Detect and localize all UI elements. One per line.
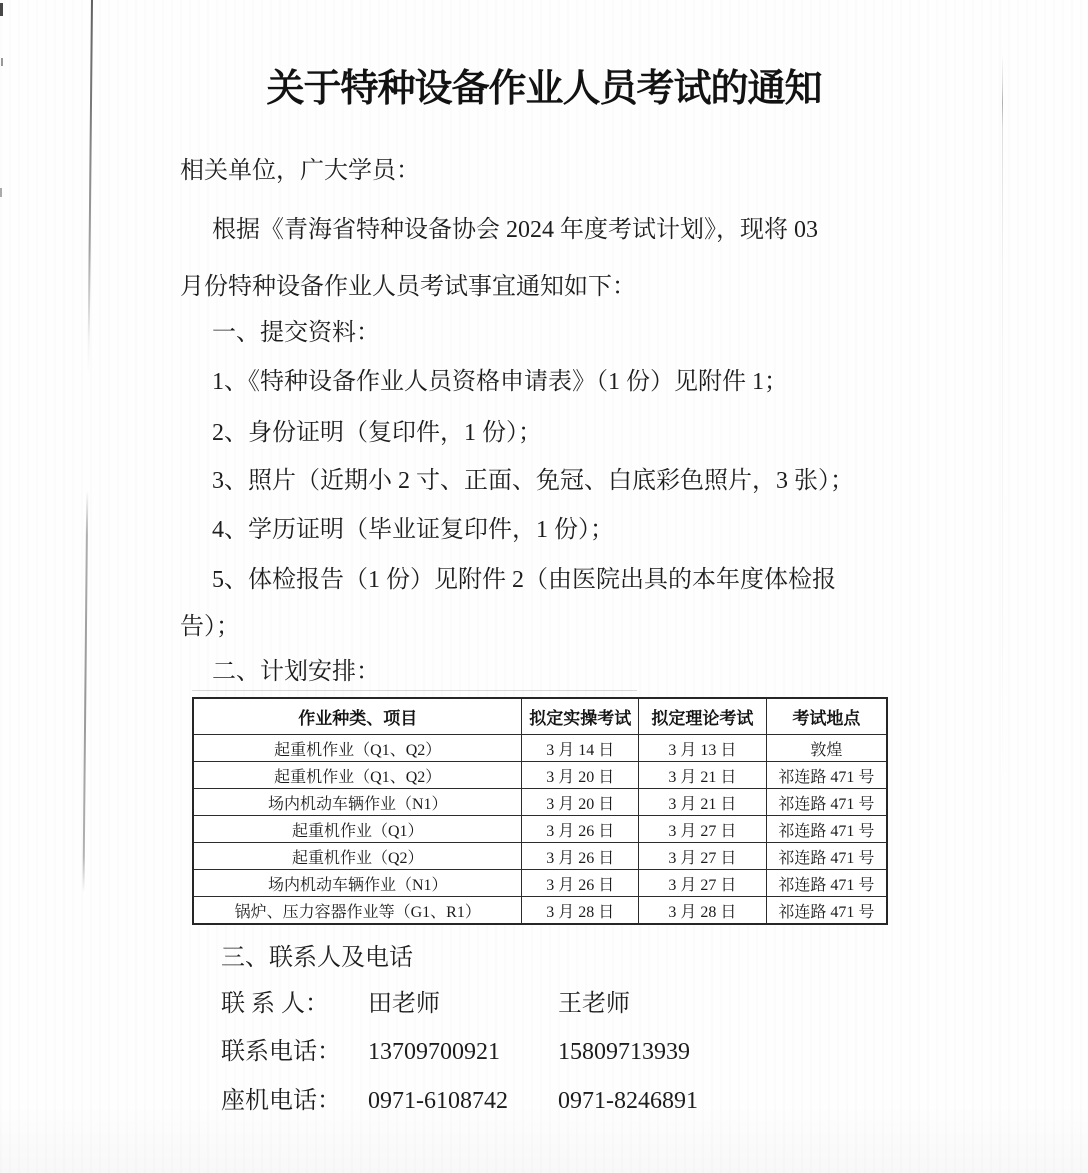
contact-mobile-label: 联系电话：	[221, 1031, 368, 1066]
table-cell: 3 月 27 日	[639, 843, 767, 870]
contact-landline-label: 座机电话：	[221, 1080, 368, 1115]
list-item-3: 3、照片（近期小 2 寸、正面、免冠、白底彩色照片，3 张）；	[212, 460, 854, 495]
intro-line-1: 根据《青海省特种设备协会 2024 年度考试计划》，现将 03	[212, 209, 818, 244]
table-cell: 祁连路 471 号	[766, 870, 887, 897]
table-cell: 3 月 20 日	[522, 789, 639, 816]
table-cell: 起重机作业（Q2）	[193, 843, 522, 870]
table-cell: 3 月 28 日	[639, 897, 767, 925]
table-cell: 3 月 27 日	[639, 816, 767, 843]
scan-speck	[0, 3, 3, 16]
table-row: 场内机动车辆作业（N1） 3 月 26 日 3 月 27 日 祁连路 471 号	[193, 870, 887, 897]
table-cell: 敦煌	[766, 735, 887, 762]
contact-landline-2: 0971-8246891	[558, 1088, 698, 1115]
table-cell: 起重机作业（Q1、Q2）	[193, 762, 522, 789]
table-header-cell: 作业种类、项目	[193, 698, 522, 735]
table-cell: 3 月 21 日	[639, 762, 767, 789]
scan-artifact-ghost-line	[192, 690, 637, 691]
contact-person-2: 王老师	[558, 983, 630, 1018]
list-item-4: 4、学历证明（毕业证复印件，1 份）；	[212, 509, 614, 544]
table-header-cell: 考试地点	[766, 698, 887, 735]
table-cell: 祁连路 471 号	[766, 816, 887, 843]
section-2-heading: 二、计划安排：	[212, 651, 380, 686]
contact-person-label: 联 系 人：	[221, 983, 368, 1018]
notice-title: 关于特种设备作业人员考试的通知	[0, 57, 1088, 112]
table-cell: 3 月 20 日	[522, 762, 639, 789]
list-item-1: 1、《特种设备作业人员资格申请表》（1 份）见附件 1；	[212, 361, 788, 396]
table-cell: 3 月 27 日	[639, 870, 767, 897]
scanned-notice-page: 关于特种设备作业人员考试的通知 相关单位，广大学员： 根据《青海省特种设备协会 …	[0, 0, 1088, 1173]
table-cell: 祁连路 471 号	[766, 897, 887, 925]
section-1-heading: 一、提交资料：	[212, 312, 380, 347]
table-cell: 起重机作业（Q1）	[193, 816, 522, 843]
table-header-row: 作业种类、项目 拟定实操考试 拟定理论考试 考试地点	[193, 698, 887, 735]
table-row: 起重机作业（Q2） 3 月 26 日 3 月 27 日 祁连路 471 号	[193, 843, 887, 870]
table-cell: 祁连路 471 号	[766, 843, 887, 870]
table-row: 场内机动车辆作业（N1） 3 月 20 日 3 月 21 日 祁连路 471 号	[193, 789, 887, 816]
contact-person-1: 田老师	[368, 983, 558, 1018]
table-header-cell: 拟定理论考试	[639, 698, 767, 735]
intro-line-2: 月份特种设备作业人员考试事宜通知如下：	[180, 266, 636, 301]
table-cell: 起重机作业（Q1、Q2）	[193, 735, 522, 762]
table-cell: 场内机动车辆作业（N1）	[193, 789, 522, 816]
contact-person-row: 联 系 人： 田老师 王老师	[221, 983, 630, 1018]
table-cell: 3 月 28 日	[522, 897, 639, 925]
contact-mobile-2: 15809713939	[558, 1039, 690, 1066]
list-item-2: 2、身份证明（复印件，1 份）；	[212, 412, 542, 447]
table-cell: 3 月 14 日	[522, 735, 639, 762]
contact-mobile-1: 13709700921	[368, 1039, 558, 1066]
table-header-cell: 拟定实操考试	[522, 698, 639, 735]
table-row: 锅炉、压力容器作业等（G1、R1） 3 月 28 日 3 月 28 日 祁连路 …	[193, 897, 887, 925]
table-cell: 3 月 26 日	[522, 843, 639, 870]
scan-artifact-line-left	[82, 0, 93, 892]
scan-artifact-line-right	[1002, 55, 1003, 785]
table-cell: 场内机动车辆作业（N1）	[193, 870, 522, 897]
table-cell: 3 月 26 日	[522, 870, 639, 897]
table-row: 起重机作业（Q1、Q2） 3 月 20 日 3 月 21 日 祁连路 471 号	[193, 762, 887, 789]
table-cell: 祁连路 471 号	[766, 789, 887, 816]
table-cell: 3 月 26 日	[522, 816, 639, 843]
table-cell: 3 月 13 日	[639, 735, 767, 762]
contact-mobile-row: 联系电话： 13709700921 15809713939	[221, 1031, 690, 1066]
table-row: 起重机作业（Q1） 3 月 26 日 3 月 27 日 祁连路 471 号	[193, 816, 887, 843]
scan-speck	[0, 188, 2, 197]
table-row: 起重机作业（Q1、Q2） 3 月 14 日 3 月 13 日 敦煌	[193, 735, 887, 762]
salutation: 相关单位，广大学员：	[180, 150, 420, 185]
table-cell: 祁连路 471 号	[766, 762, 887, 789]
contact-landline-row: 座机电话： 0971-6108742 0971-8246891	[221, 1080, 698, 1115]
exam-schedule-table: 作业种类、项目 拟定实操考试 拟定理论考试 考试地点 起重机作业（Q1、Q2） …	[192, 697, 888, 925]
contact-landline-1: 0971-6108742	[368, 1088, 558, 1115]
list-item-5: 5、体检报告（1 份）见附件 2（由医院出具的本年度体检报	[212, 559, 836, 594]
list-item-5-cont: 告）；	[180, 606, 240, 641]
section-3-heading: 三、联系人及电话	[221, 937, 413, 972]
table-cell: 锅炉、压力容器作业等（G1、R1）	[193, 897, 522, 925]
table-cell: 3 月 21 日	[639, 789, 767, 816]
